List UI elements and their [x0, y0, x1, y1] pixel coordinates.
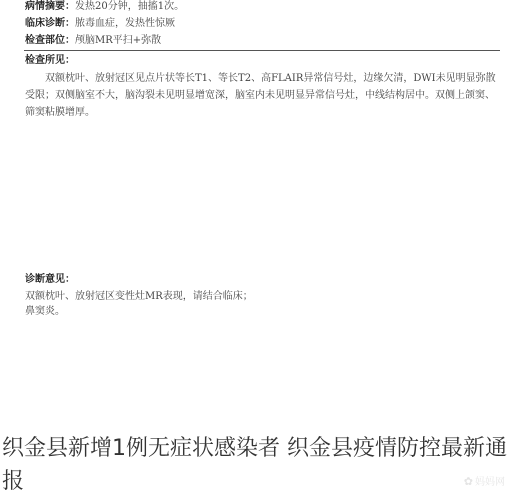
findings-title: 检查所见： [25, 54, 75, 67]
logo-icon: ✿ [464, 475, 473, 488]
field-condition-summary: 病情摘要：发热20分钟，抽搐1次。 [25, 0, 184, 13]
field-value: 颅脑MR平扫+弥散 [75, 35, 161, 46]
field-value: 发热20分钟，抽搐1次。 [75, 1, 184, 12]
diagnosis-text: 双额枕叶、放射冠区变性灶MR表现，请结合临床； 鼻窦炎。 [25, 289, 503, 319]
field-label: 临床诊断： [25, 18, 75, 29]
field-label: 病情摘要： [25, 1, 75, 12]
field-value: 脓毒血症，发热性惊厥 [75, 18, 175, 29]
diagnosis-line: 双额枕叶、放射冠区变性灶MR表现，请结合临床； [25, 289, 503, 304]
field-label: 检查部位： [25, 35, 75, 46]
watermark-text: 妈妈网 [475, 477, 505, 488]
divider [24, 50, 500, 51]
diagnosis-line: 鼻窦炎。 [25, 304, 503, 319]
field-exam-site: 检查部位：颅脑MR平扫+弥散 [25, 34, 161, 47]
article-caption: 织金县新增1例无症状感染者 织金县疫情防控最新通报 [2, 432, 512, 498]
medical-report-image: 病情摘要：发热20分钟，抽搐1次。 临床诊断：脓毒血症，发热性惊厥 检查部位：颅… [0, 0, 519, 420]
diagnosis-title: 诊断意见： [25, 273, 75, 286]
watermark: ✿妈妈网 [464, 473, 505, 488]
field-clinical-diagnosis: 临床诊断：脓毒血症，发热性惊厥 [25, 17, 175, 30]
findings-text: 双额枕叶、放射冠区见点片状等长T1、等长T2、高FLAIR异常信号灶，边缘欠清，… [25, 70, 503, 121]
